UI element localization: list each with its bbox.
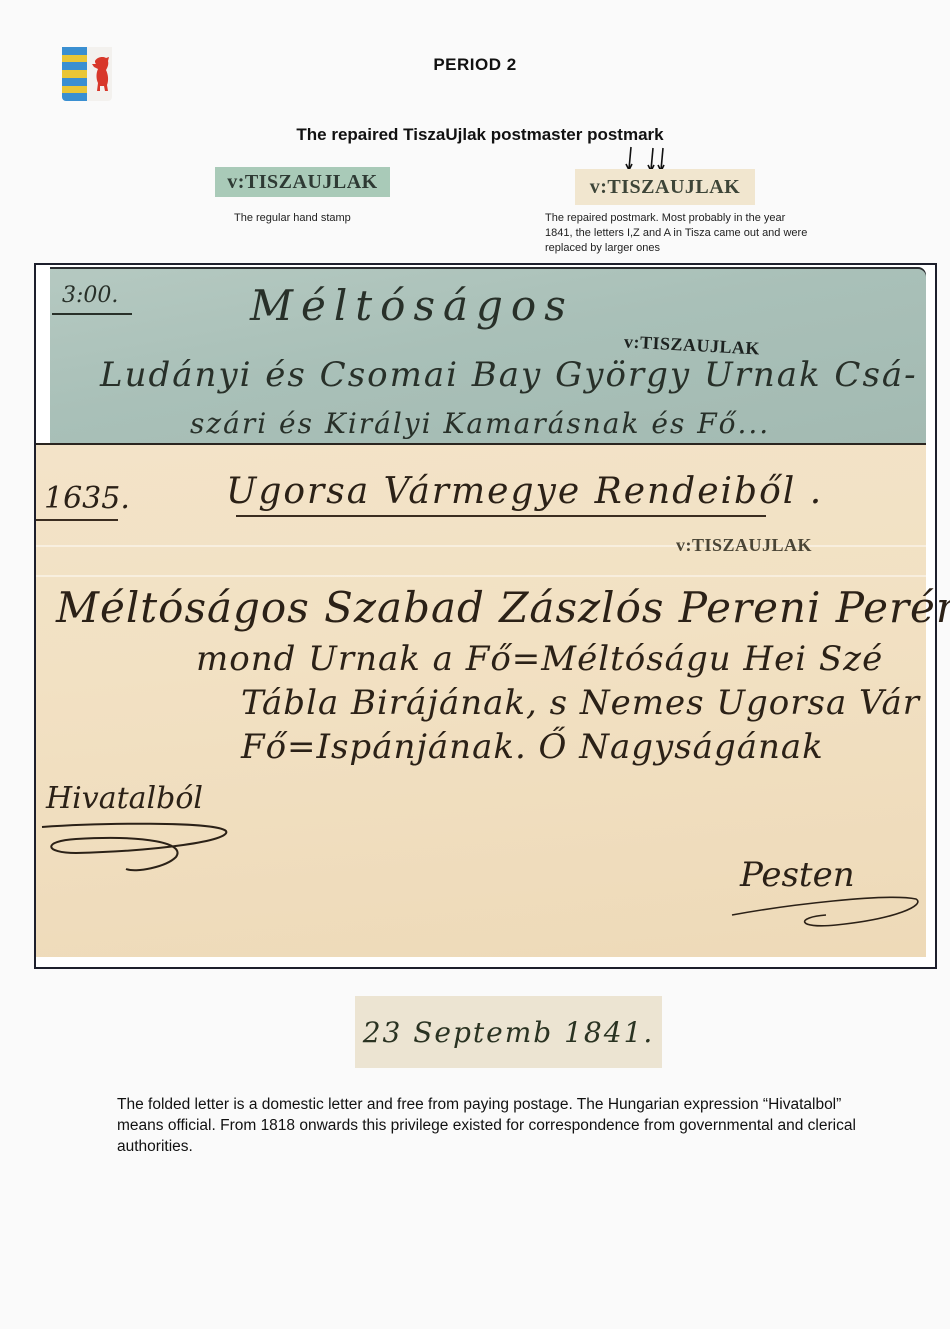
repaired-stamp-text: v:TISZAUJLAK [590,176,740,199]
regular-stamp-text: v:TISZAUJLAK [227,171,377,194]
cream-address-line-1: Méltóságos Szabad Zászlós Pereni Perény [56,583,950,632]
cream-address-line-4: Fő=Ispánjának. Ő Nagyságának [241,727,824,767]
green-address-line-3: szári és Királyi Kamarásnak és Fő... [190,407,770,440]
cream-postmark: v:TISZAUJLAK [676,535,812,556]
cream-address-line-2: mond Urnak a Fő=Méltóságu Hei Szé [196,639,883,679]
repaired-stamp-caption: The repaired postmark. Most probably in … [545,211,815,256]
regular-stamp-caption: The regular hand stamp [234,211,351,226]
flourish-icon [726,885,926,935]
page-title: PERIOD 2 [0,55,950,75]
sender-underline [236,515,766,517]
cream-docket-number: 1635. [44,481,130,516]
cream-letter-cover: 1635. Ugorsa Vármegye Rendeiből . v:TISZ… [36,443,926,957]
green-docket-number: 3:00. [62,283,118,308]
description-paragraph: The folded letter is a domestic letter a… [117,1094,857,1157]
date-snippet-image: 23 Septemb 1841. [355,996,662,1068]
fold-line [36,575,926,577]
docket-underline [36,519,118,521]
cream-sender-line: Ugorsa Vármegye Rendeiből . [226,471,823,512]
docket-underline [52,313,132,315]
green-address-line-1: Méltóságos [250,281,574,330]
flourish-icon [36,817,236,887]
green-letter-cover: 3:00. Méltóságos v:TISZAUJLAK Ludányi és… [50,267,926,444]
repaired-stamp-image: v:TISZAUJLAK [575,169,755,205]
date-snippet-text: 23 Septemb 1841. [363,1016,655,1049]
cream-address-line-3: Tábla Birájának, s Nemes Ugorsa Vár [241,683,920,723]
regular-stamp-image: v:TISZAUJLAK [215,167,390,197]
official-mark: Hivatalból [46,781,203,816]
green-address-line-2: Ludányi és Csomai Bay György Urnak Csá- [100,355,918,395]
page-subtitle: The repaired TiszaUjlak postmaster postm… [0,125,950,145]
